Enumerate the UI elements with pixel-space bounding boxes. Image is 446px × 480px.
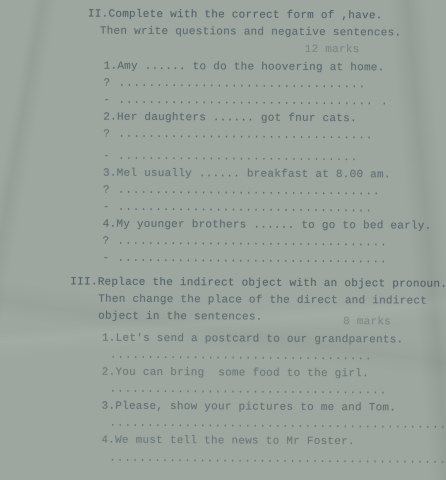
question-blank-line: ? .................................... — [103, 234, 445, 253]
negative-blank-line: - .................................. . — [103, 93, 445, 112]
negative-blank-line: - .................................... — [102, 251, 444, 270]
question-blank-line: ? ................................... — [103, 183, 445, 202]
negative-blank-line: - .................................. — [103, 200, 445, 219]
exercise-iii-subheading: Then change the place of the direct and … — [98, 292, 444, 311]
question-blank-line: ? .................................. — [103, 127, 445, 146]
item-sentence: 2.Her daughters ...... got fnur cats. — [103, 110, 445, 129]
exercise-ii-heading: II.Complete with the correct form of ,ha… — [88, 7, 446, 26]
answer-blank-line: ..................................... — [110, 382, 444, 401]
negative-blank-line: - ................................ — [103, 149, 445, 168]
answer-blank-line: ........................................… — [109, 451, 443, 470]
item-sentence: 1.Amy ...... to do the hoovering at home… — [104, 59, 446, 78]
item-sentence: 1.Let's send a postcard to our grandpare… — [102, 331, 444, 350]
answer-blank-line: ................................... — [110, 348, 444, 367]
exercise-ii-subheading: Then write questions and negative senten… — [100, 24, 446, 43]
item-sentence: 4.We must tell the news to Mr Foster. — [101, 433, 443, 452]
worksheet-page: II.Complete with the correct form of ,ha… — [0, 6, 446, 470]
worksheet-photo: II.Complete with the correct form of ,ha… — [0, 0, 446, 480]
question-blank-line: ? ................................. — [103, 76, 445, 95]
item-sentence: 3.Please, show your pictures to me and T… — [101, 399, 443, 418]
exercise-ii-marks-label: 12 marks — [305, 42, 446, 60]
item-sentence: 3.Mel usually ...... breakfast at 8.00 a… — [103, 166, 445, 185]
item-sentence: 4.My younger brothers ...... to go to be… — [103, 217, 445, 236]
exercise-iii-marks-label: 8 marks — [343, 314, 444, 332]
answer-blank-line: ........................................… — [109, 416, 443, 435]
item-sentence: 2.You can bring some food to the girl. — [102, 365, 444, 384]
